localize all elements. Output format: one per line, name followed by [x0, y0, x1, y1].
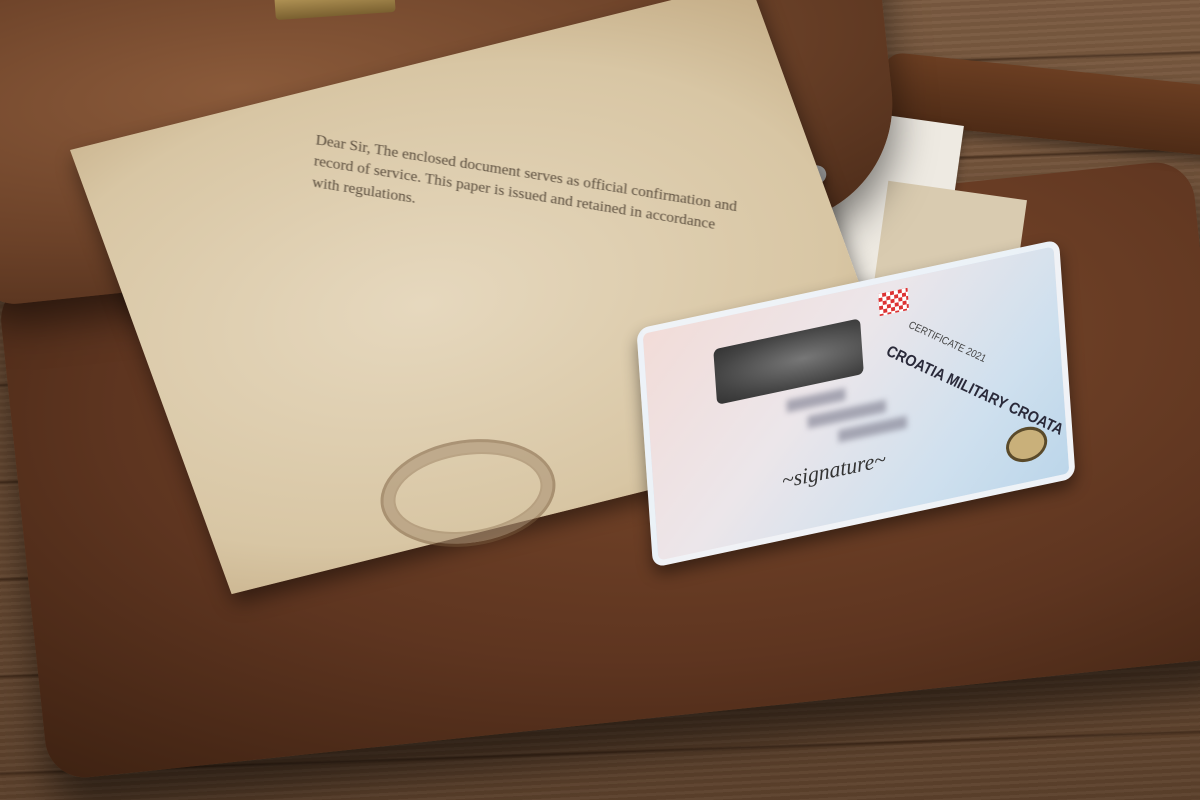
- signature: ~signature~: [781, 446, 887, 494]
- photo-scene: Dear Sir, The enclosed document serves a…: [0, 0, 1200, 800]
- blurred-field: [786, 388, 846, 413]
- emblem-icon: [1005, 423, 1048, 466]
- flag-icon: [878, 288, 909, 316]
- letter-text: Dear Sir, The enclosed document serves a…: [311, 130, 747, 262]
